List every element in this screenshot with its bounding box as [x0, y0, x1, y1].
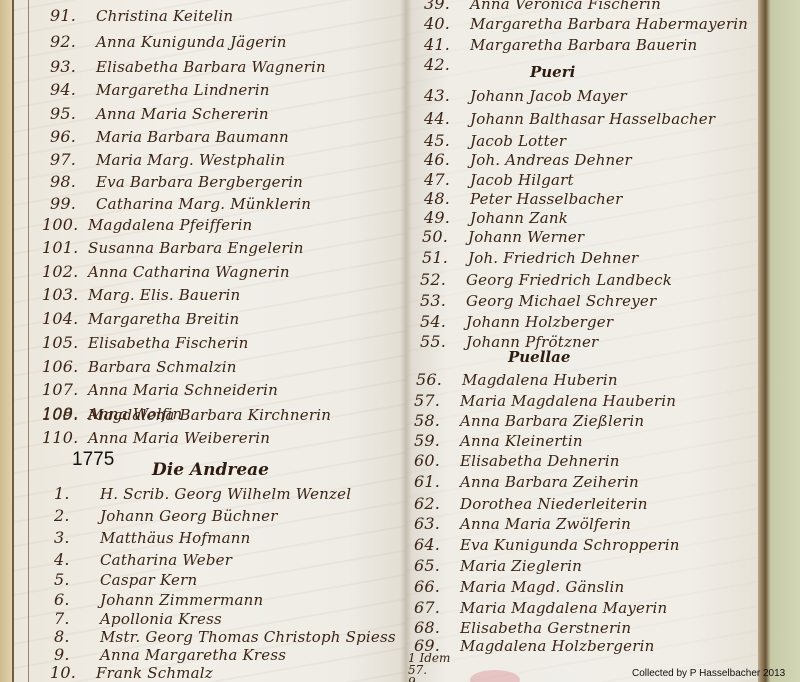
register-entry: 2.Johann Georg Büchner: [54, 506, 278, 525]
register-entry: 3.Matthäus Hofmann: [54, 528, 250, 547]
register-entry: 63.Anna Maria Zwölferin: [414, 514, 631, 533]
register-entry: 103.Marg. Elis. Bauerin: [42, 285, 240, 304]
register-entry: 42.: [424, 55, 470, 74]
register-entry: 5.Caspar Kern: [54, 570, 197, 589]
register-entry: 93.Elisabetha Barbara Wagnerin: [50, 57, 326, 76]
left-page-edge: [12, 0, 14, 682]
photo-credit: Collected by P Hasselbacher 2013: [632, 668, 785, 679]
section-heading-pueri: Pueri: [530, 63, 575, 81]
entry-name: Anna Maria Weibererin: [88, 429, 270, 447]
register-entry: 105.Elisabetha Fischerin: [42, 333, 249, 352]
register-entry-110: 110.Anna Maria Weibererin: [42, 428, 270, 447]
register-entry: 102.Anna Catharina Wagnerin: [42, 262, 290, 281]
register-entry: 6.Johann Zimmermann: [54, 590, 263, 609]
register-entry: 8.Mstr. Georg Thomas Christoph Spiess: [54, 627, 396, 646]
register-entry: 99.Catharina Marg. Münklerin: [50, 194, 311, 213]
register-entry: 40.Margaretha Barbara Habermayerin: [424, 14, 748, 33]
register-entry: 9.Anna Margaretha Kress: [54, 645, 286, 664]
register-entry: 50.Johann Werner: [422, 227, 584, 246]
register-entry: 101.Susanna Barbara Engelerin: [42, 238, 304, 257]
register-entry: 107.Anna Maria Schneiderin: [42, 380, 278, 399]
register-entry: 100.Magdalena Pfeifferin: [42, 215, 252, 234]
section-heading-andreae: Die Andreae: [152, 460, 269, 480]
register-entry: 41.Margaretha Barbara Bauerin: [424, 35, 697, 54]
year-annotation: 1775: [72, 449, 114, 471]
register-entry: 39.Anna Veronica Fischerin: [424, 0, 661, 13]
register-entry: 62.Dorothea Niederleiterin: [414, 494, 648, 513]
register-entry: 104.Margaretha Breitin: [42, 309, 239, 328]
register-photo: 91.Christina Keitelin 92.Anna Kunigunda …: [0, 0, 800, 682]
register-entry: 47.Jacob Hilgart: [424, 170, 574, 189]
section-heading-puellae: Puellae: [508, 348, 570, 366]
register-entry: 46.Joh. Andreas Dehner: [424, 150, 632, 169]
register-entry: 65.Maria Zieglerin: [414, 556, 582, 575]
register-entry: 66.Maria Magd. Gänslin: [414, 577, 624, 596]
register-entry: 53.Georg Michael Schreyer: [420, 291, 656, 310]
register-entry: 109.Magdalena Barbara Kirchnerin: [42, 405, 331, 424]
register-entry: 54.Johann Holzberger: [420, 312, 613, 331]
book-gutter: [400, 0, 412, 682]
register-entry: 98.Eva Barbara Bergbergerin: [50, 172, 303, 191]
book-cover-left: [0, 0, 12, 682]
register-entry: 10.Frank Schmalz: [50, 663, 213, 682]
register-entry: 44.Johann Balthasar Hasselbacher: [424, 109, 715, 128]
register-entry: 68.Elisabetha Gerstnerin: [414, 618, 631, 637]
book-cover-right: [758, 0, 800, 682]
register-entry: 4.Catharina Weber: [54, 550, 232, 569]
register-entry: 58.Anna Barbara Zießlerin: [414, 411, 644, 430]
register-entry: 57.Maria Magdalena Hauberin: [414, 391, 676, 410]
tally-note: 1 Idem 57. 9.: [408, 652, 450, 682]
register-entry: 60.Elisabetha Dehnerin: [414, 451, 620, 470]
register-entry: 56.Magdalena Huberin: [416, 370, 618, 389]
register-entry: 1.H. Scrib. Georg Wilhelm Wenzel: [54, 484, 351, 503]
register-entry: 7.Apollonia Kress: [54, 609, 222, 628]
register-entry: 52.Georg Friedrich Landbeck: [420, 270, 672, 289]
register-entry: 95.Anna Maria Schererin: [50, 104, 269, 123]
register-entry: 45.Jacob Lotter: [424, 131, 566, 150]
register-entry: 91.Christina Keitelin: [50, 6, 233, 25]
register-entry: 64.Eva Kunigunda Schropperin: [414, 535, 680, 554]
register-entry: 94.Margaretha Lindnerin: [50, 80, 270, 99]
register-entry: 96.Maria Barbara Baumann: [50, 127, 289, 146]
register-entry: 106.Barbara Schmalzin: [42, 357, 237, 376]
register-entry: 61.Anna Barbara Zeiherin: [414, 472, 639, 491]
register-entry: 97.Maria Marg. Westphalin: [50, 150, 285, 169]
left-margin-rule: [28, 0, 29, 682]
register-entry: 43.Johann Jacob Mayer: [424, 86, 627, 105]
register-entry: 48.Peter Hasselbacher: [424, 189, 623, 208]
register-entry: 92.Anna Kunigunda Jägerin: [50, 32, 287, 51]
entry-number: 110.: [42, 428, 88, 447]
register-entry: 51.Joh. Friedrich Dehner: [422, 248, 638, 267]
register-entry: 59.Anna Kleinertin: [414, 431, 583, 450]
register-entry: 67.Maria Magdalena Mayerin: [414, 598, 667, 617]
register-entry: 49.Johann Zank: [424, 208, 568, 227]
